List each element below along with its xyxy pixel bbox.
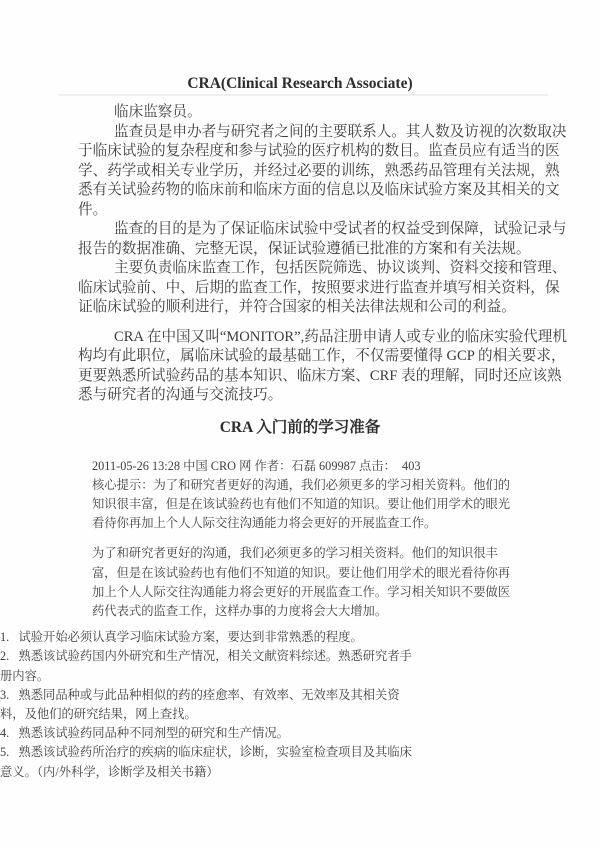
document-page: CRA(Clinical Research Associate) 临床监察员。 …: [0, 0, 600, 850]
study-prep-list: 1. 试验开始必须认真学习临床试验方案，要达到非常熟悉的程度。 2. 熟悉该试验…: [0, 628, 600, 782]
intro-paragraph-cra-monitor: CRA 在中国又叫“MONITOR”,药品注册申请人或专业的临床实验代理机 构均…: [78, 328, 600, 406]
document-title: CRA(Clinical Research Associate): [0, 74, 600, 94]
study-prep-list-item-1: 1. 试验开始必须认真学习临床试验方案，要达到非常熟悉的程度。: [0, 628, 600, 647]
article-meta-line: 2011-05-26 13:28 中国 CRO 网 作者：石磊 609987 点…: [92, 457, 600, 476]
intro-paragraph-liaison: 监查员是申办者与研究者之间的主要联系人。其人数及访视的次数取决 于临床试验的复杂…: [78, 123, 600, 221]
intro-paragraph-purpose: 监查的目的是为了保证临床试验中受试者的权益受到保障，试验记录与 报告的数据准确、…: [78, 220, 600, 259]
study-prep-list-item-3: 3. 熟悉同品种或与此品种相似的药的痊愈率、有效率、无效率及其相关资 料，及他们…: [0, 686, 600, 724]
intro-paragraph-monitor-role: 临床监察员。: [78, 103, 600, 123]
intro-paragraph-duties: 主要负责临床监查工作，包括医院筛选、协议谈判、资料交接和管理、 临床试验前、中、…: [78, 259, 600, 318]
article-body-paragraph: 为了和研究者更好的沟通，我们必须更多的学习相关资料。他们的知识很丰 富，但是在该…: [92, 544, 600, 621]
article-summary-paragraph: 核心提示：为了和研究者更好的沟通，我们必须更多的学习相关资料。他们的 知识很丰富…: [92, 476, 600, 534]
study-prep-list-item-5: 5. 熟悉该试验药所治疗的疾病的临床症状，诊断，实验室检查项目及其临床 意义。（…: [0, 743, 600, 781]
section-heading-study-prep: CRA 入门前的学习准备: [0, 418, 600, 438]
study-prep-list-item-4: 4. 熟悉该试验药同品种不同剂型的研究和生产情况。: [0, 724, 600, 743]
study-prep-list-item-2: 2. 熟悉该试验药国内外研究和生产情况，相关文献资料综述。熟悉研究者手 册内容。: [0, 647, 600, 685]
title-divider: [58, 94, 548, 96]
